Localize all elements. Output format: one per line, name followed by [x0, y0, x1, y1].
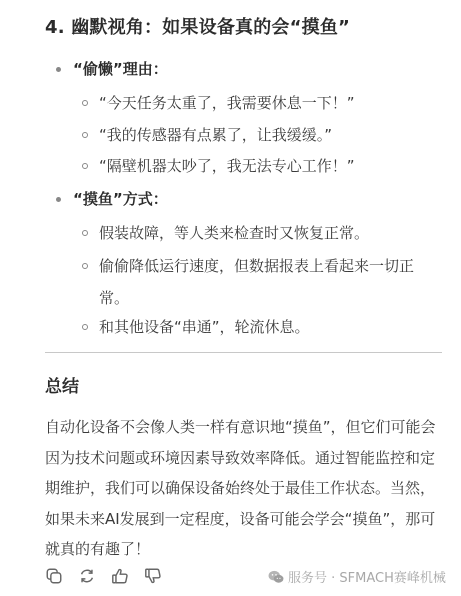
list-item-text: “隔壁机器太吵了，我无法专心工作！”: [99, 155, 355, 177]
bullet-dot-icon: [56, 197, 61, 202]
response-actions: [44, 565, 163, 587]
bullet-circle-icon: [82, 132, 88, 138]
list-item-text: 和其他设备“串通”，轮流休息。: [99, 316, 310, 338]
bullet-circle-icon: [82, 163, 88, 169]
dislike-button[interactable]: [143, 566, 163, 586]
wechat-icon: [268, 570, 284, 584]
bullet-circle-icon: [82, 100, 88, 106]
bullet-circle-icon: [82, 263, 88, 269]
list-item-text: “今天任务太重了，我需要休息一下！”: [99, 92, 355, 114]
bullet-dot-icon: [56, 67, 61, 72]
copy-icon: [45, 567, 63, 585]
watermark-text: 服务号 · SFMACH赛峰机械: [288, 567, 446, 586]
bullet-circle-icon: [82, 230, 88, 236]
like-button[interactable]: [110, 566, 130, 586]
list-item-text: 假装故障，等人类来检查时又恢复正常。: [99, 222, 369, 244]
summary-body: 自动化设备不会像人类一样有意识地“摸鱼”，但它们可能会因为技术问题或环境因素导致…: [45, 412, 445, 565]
bullet-group-methods: “摸鱼”方式：: [56, 188, 168, 209]
thumbs-up-icon: [111, 567, 129, 585]
bullet-circle-icon: [82, 324, 88, 330]
bullet-group-reasons: “偷懒”理由：: [56, 58, 168, 79]
watermark: 服务号 · SFMACH赛峰机械: [268, 567, 446, 586]
group-label: “摸鱼”方式：: [73, 188, 168, 209]
copy-button[interactable]: [44, 566, 64, 586]
list-item-text: 偷偷降低运行速度，但数据报表上看起来一切正常。: [99, 250, 429, 314]
list-item-text: “我的传感器有点累了，让我缓缓。”: [99, 124, 332, 146]
chat-response: 4. 幽默视角：如果设备真的会“摸鱼” “偷懒”理由： “今天任务太重了，我需要…: [0, 0, 461, 596]
thumbs-down-icon: [144, 567, 162, 585]
section-title: 4. 幽默视角：如果设备真的会“摸鱼”: [45, 13, 350, 39]
summary-title: 总结: [45, 372, 79, 397]
divider: [45, 352, 442, 353]
regenerate-button[interactable]: [77, 566, 97, 586]
group-label: “偷懒”理由：: [73, 58, 168, 79]
regenerate-icon: [78, 567, 96, 585]
